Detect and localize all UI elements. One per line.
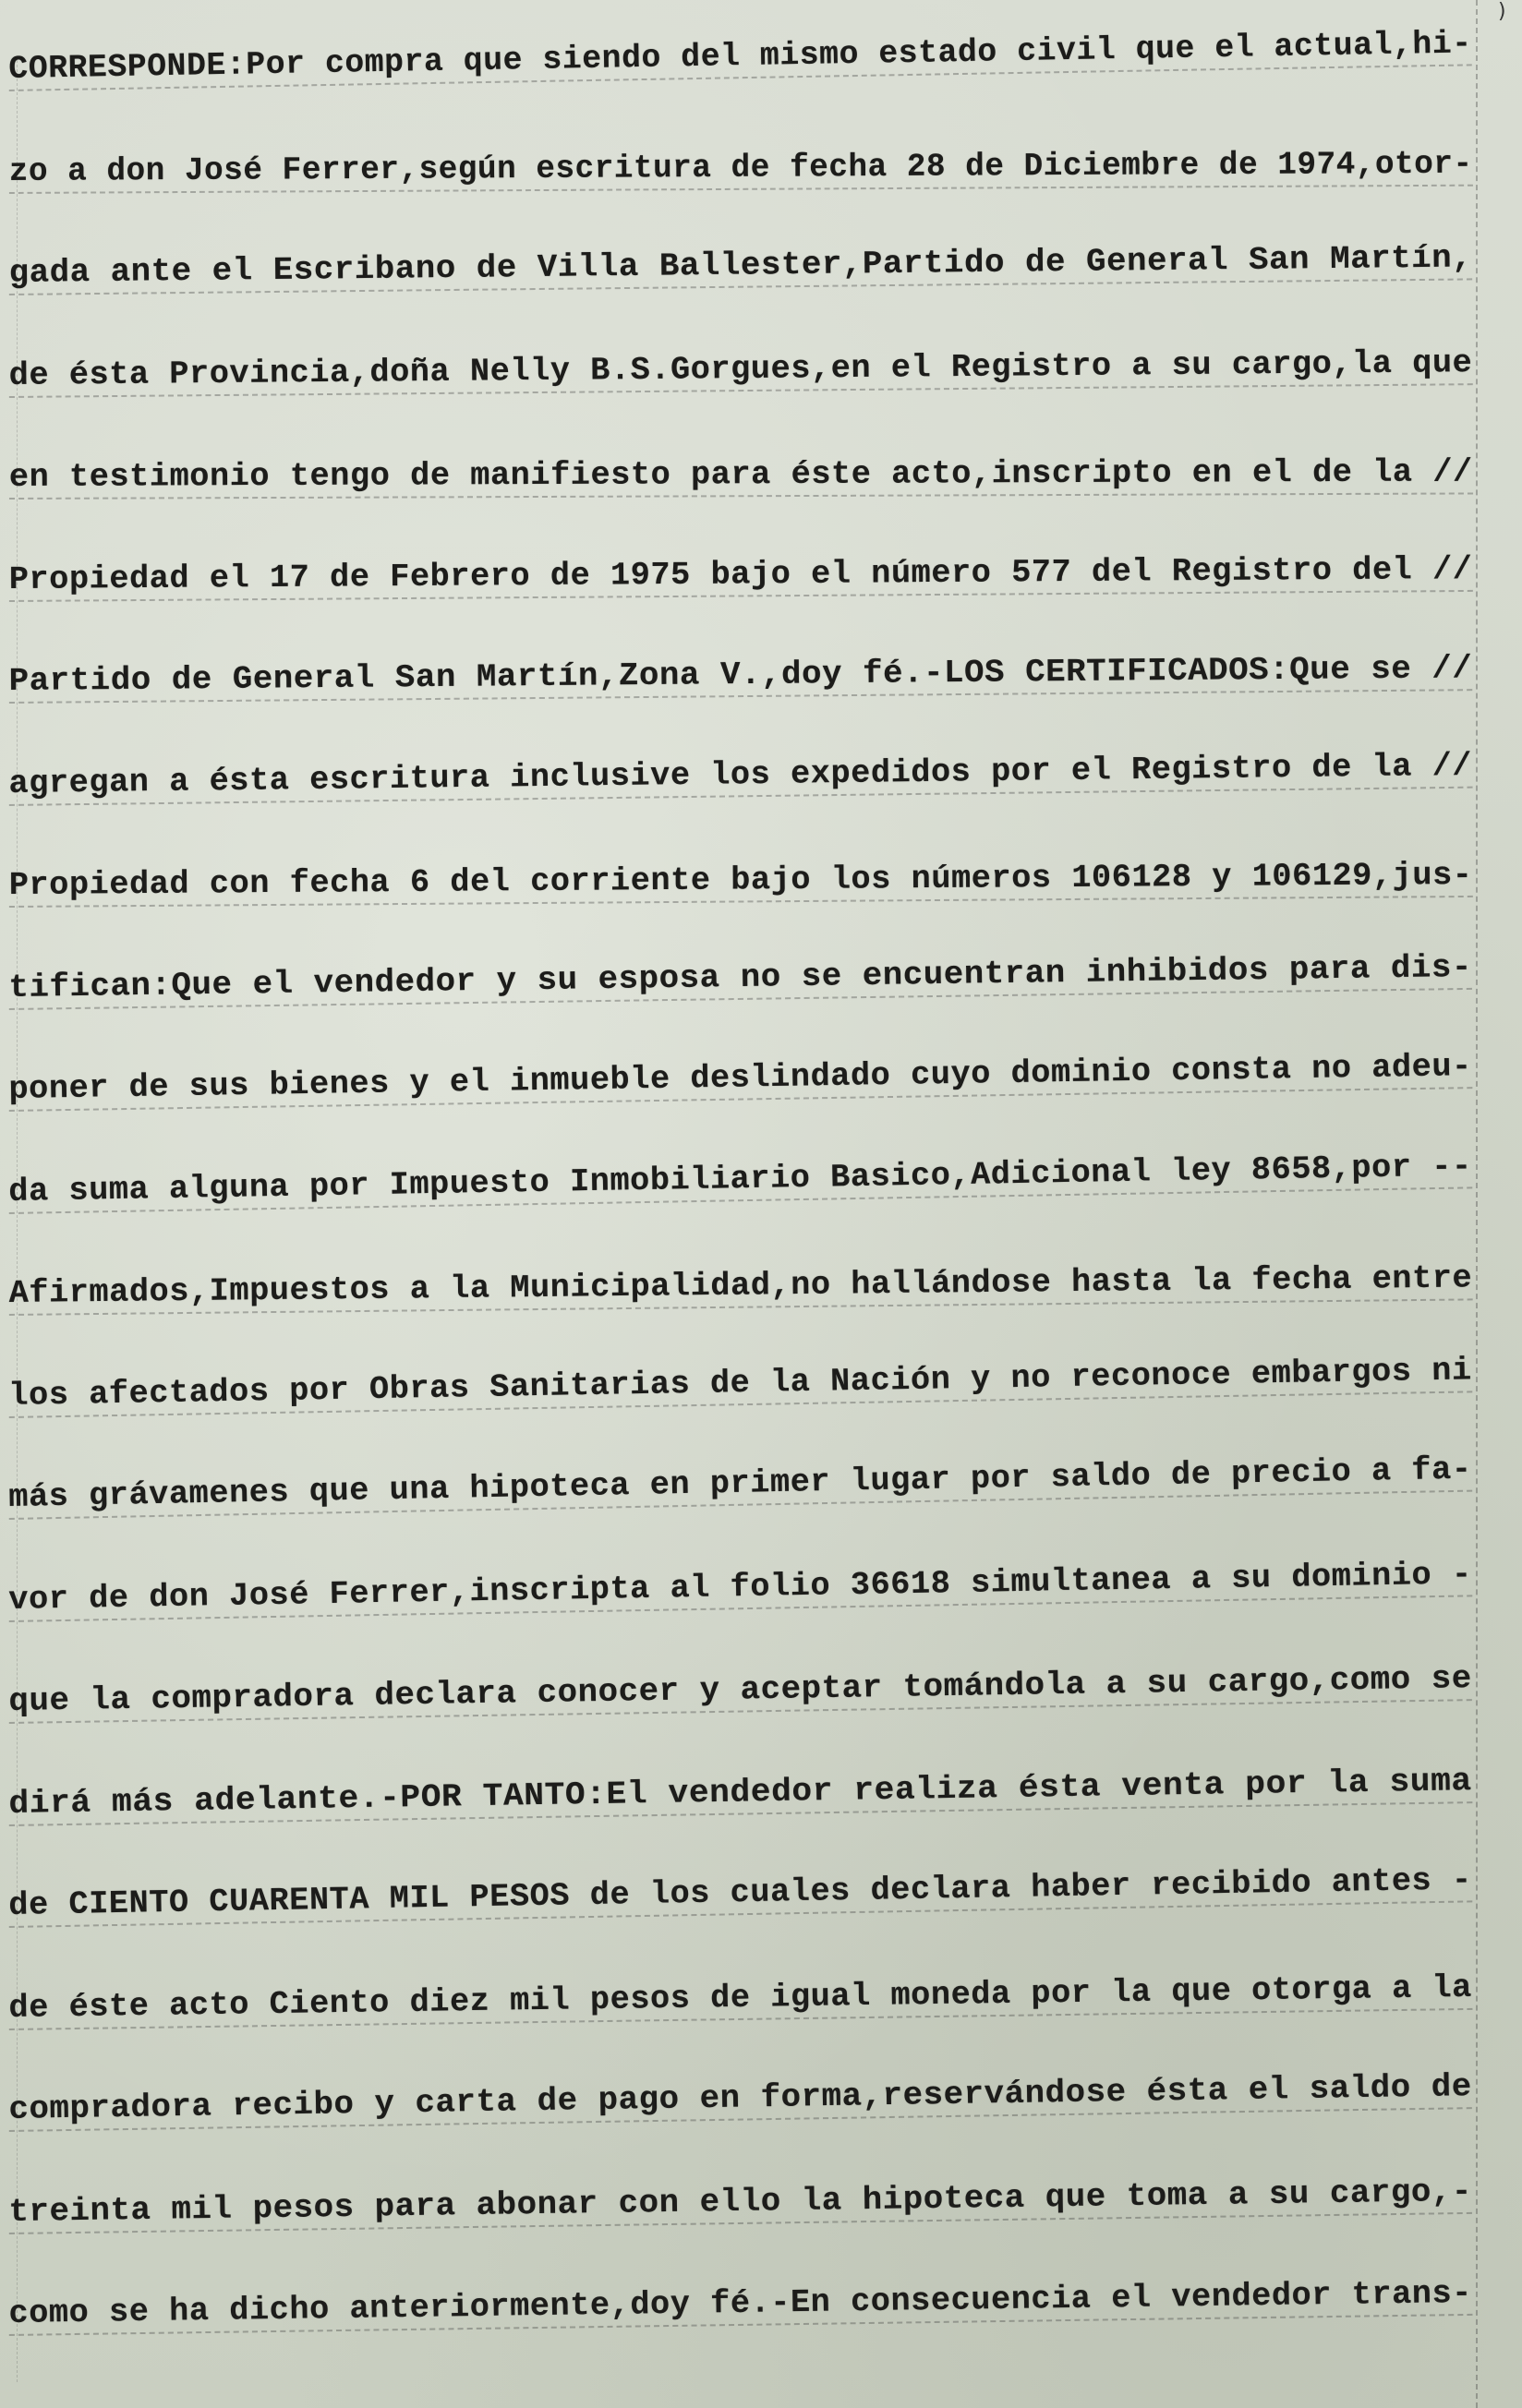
corner-mark: ) <box>1496 0 1508 23</box>
text-line: Propiedad el 17 de Febrero de 1975 bajo … <box>9 550 1488 663</box>
text-line: de ésta Provincia,doña Nelly B.S.Gorgues… <box>9 344 1488 459</box>
text-line: Partido de General San Martín,Zona V.,do… <box>9 650 1488 765</box>
text-line: como se ha dicho anteriormente,doy fé.-E… <box>8 2275 1487 2398</box>
text-line: agregan a ésta escritura inclusive los e… <box>8 747 1487 867</box>
typewritten-text-body: CORRESPONDE:Por compra que siendo del mi… <box>9 51 1487 2398</box>
text-line: zo a don José Ferrer,según escritura de … <box>9 145 1488 255</box>
text-line: CORRESPONDE:Por compra que siendo del mi… <box>8 25 1488 152</box>
text-line: gada ante el Escribano de Villa Balleste… <box>8 239 1487 356</box>
text-line: en testimonio tengo de manifiesto para é… <box>9 453 1487 560</box>
document-page: ) CORRESPONDE:Por compra que siendo del … <box>0 0 1522 2408</box>
